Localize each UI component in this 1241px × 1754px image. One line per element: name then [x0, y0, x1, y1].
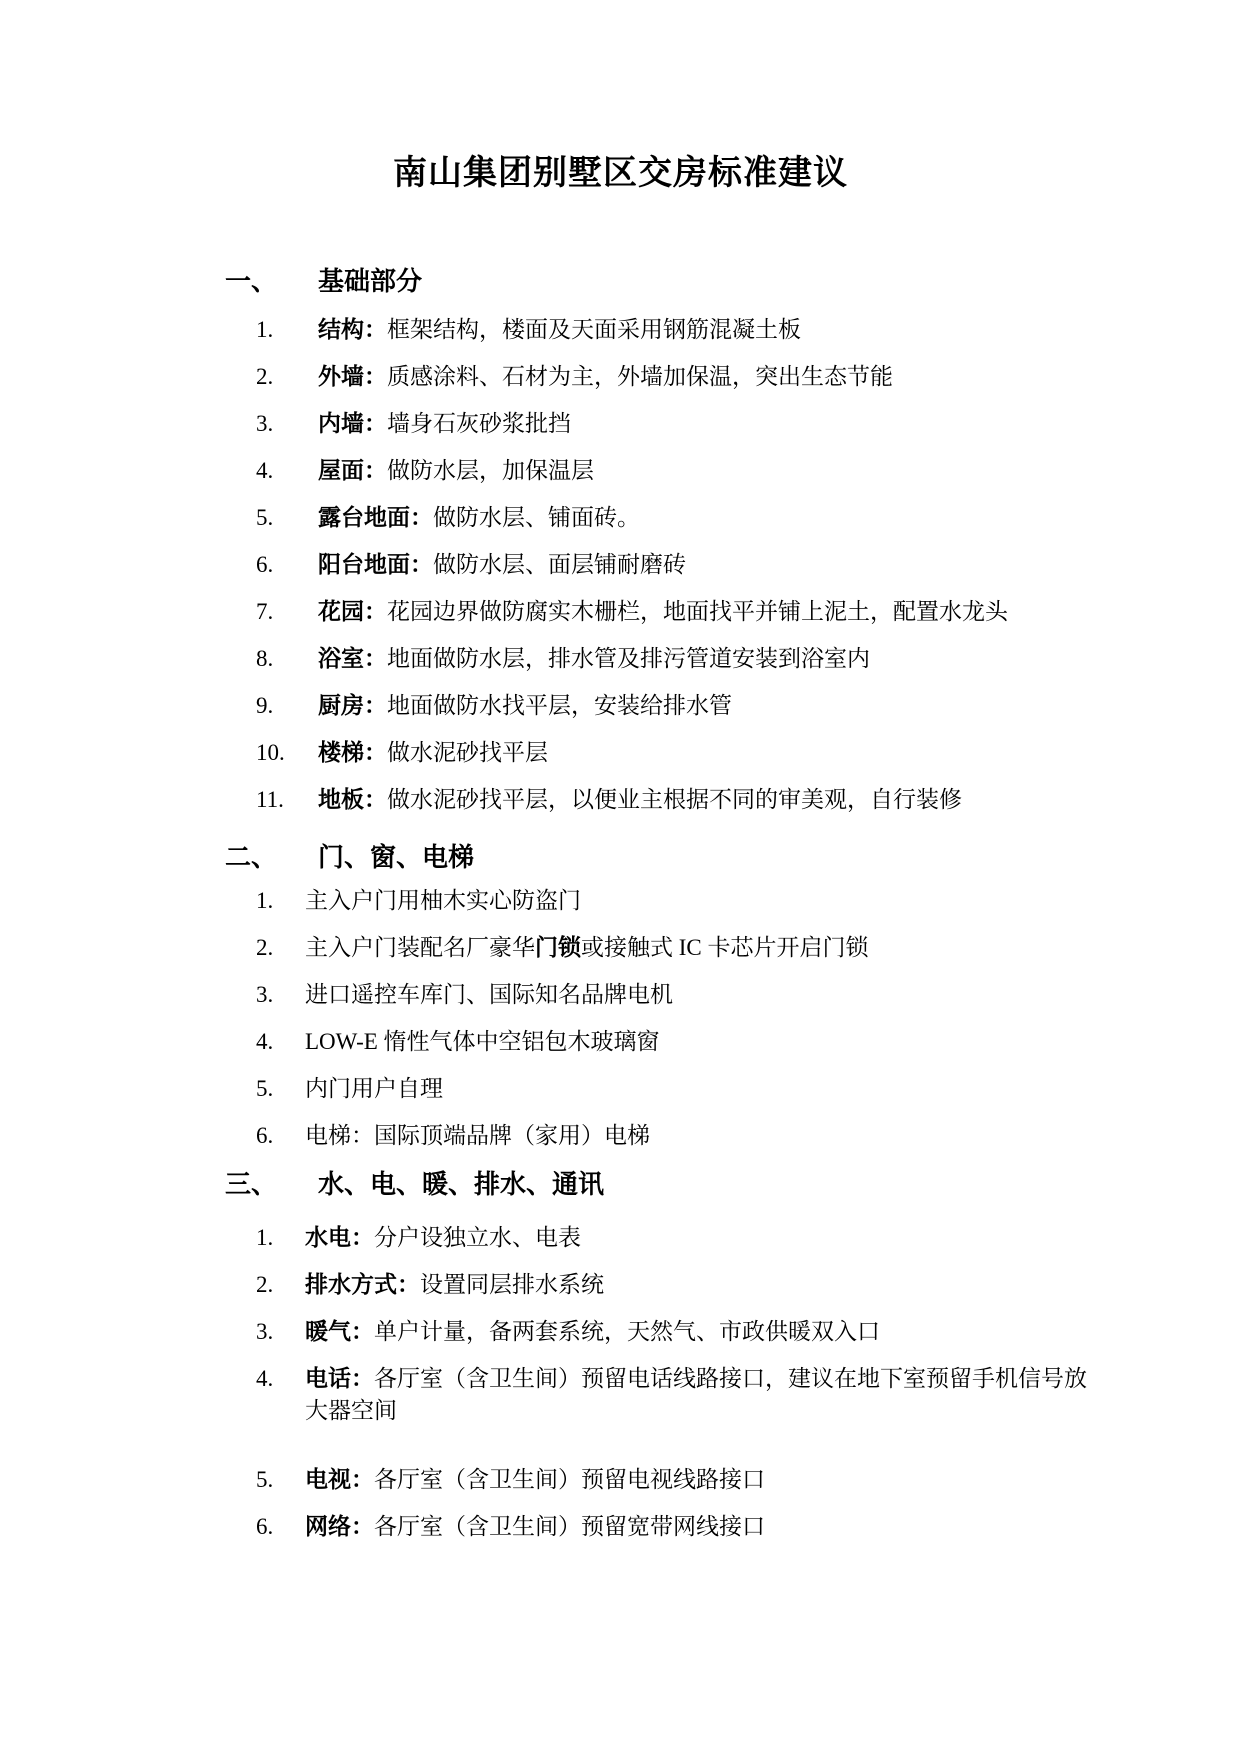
- item-text: 内门用户自理: [305, 1073, 443, 1105]
- item-label: 阳台地面：: [318, 552, 433, 577]
- item-text: 结构：框架结构，楼面及天面采用钢筋混凝土板: [318, 314, 801, 346]
- item-label: 地板：: [318, 787, 387, 812]
- item-text: 露台地面：做防水层、铺面砖。: [318, 502, 640, 534]
- item-number: 7.: [256, 596, 318, 628]
- item-body: 做水泥砂找平层，以便业主根据不同的审美观，自行装修: [387, 787, 962, 812]
- item-text: 浴室：地面做防水层，排水管及排污管道安装到浴室内: [318, 643, 870, 675]
- item-body: 质感涂料、石材为主，外墙加保温，突出生态节能: [387, 364, 893, 389]
- item-body: 设置同层排水系统: [420, 1272, 604, 1297]
- list-item: 6. 网络：各厅室（含卫生间）预留宽带网线接口: [256, 1511, 1241, 1543]
- item-label: 暖气：: [305, 1319, 374, 1344]
- item-number: 1.: [256, 885, 305, 917]
- item-label: 水电：: [305, 1225, 374, 1250]
- item-text: LOW-E 惰性气体中空铝包木玻璃窗: [305, 1026, 660, 1058]
- item-body: 做水泥砂找平层: [387, 740, 548, 765]
- list-item: 3. 暖气：单户计量，备两套系统，天然气、市政供暖双入口: [256, 1316, 1241, 1348]
- item-number: 6.: [256, 549, 318, 581]
- item-number: 2.: [256, 361, 318, 393]
- item-text: 电话：各厅室（含卫生间）预留电话线路接口，建议在地下室预留手机信号放大器空间: [305, 1363, 1095, 1427]
- item-number: 9.: [256, 690, 318, 722]
- section-number: 二、: [225, 842, 318, 874]
- section-title: 基础部分: [318, 266, 422, 298]
- item-number: 3.: [256, 979, 305, 1011]
- item-body: 做防水层、面层铺耐磨砖: [433, 552, 686, 577]
- list-item: 10. 楼梯：做水泥砂找平层: [256, 737, 1241, 769]
- item-text: 屋面：做防水层，加保温层: [318, 455, 594, 487]
- item-text: 花园：花园边界做防腐实木栅栏，地面找平并铺上泥土，配置水龙头: [318, 596, 1008, 628]
- item-label: 内墙：: [318, 411, 387, 436]
- section-title: 水、电、暖、排水、通讯: [318, 1169, 604, 1201]
- item-text: 内墙：墙身石灰砂浆批挡: [318, 408, 571, 440]
- item-text: 水电：分户设独立水、电表: [305, 1222, 581, 1254]
- item-text: 进口遥控车库门、国际知名品牌电机: [305, 979, 673, 1011]
- item-number: 4.: [256, 1363, 305, 1427]
- item-number: 5.: [256, 1073, 305, 1105]
- list-item: 8. 浴室：地面做防水层，排水管及排污管道安装到浴室内: [256, 643, 1241, 675]
- item-text: 排水方式：设置同层排水系统: [305, 1269, 604, 1301]
- item-text: 地板：做水泥砂找平层，以便业主根据不同的审美观，自行装修: [318, 784, 962, 816]
- list-item: 2. 主入户门装配名厂豪华门锁或接触式 IC 卡芯片开启门锁: [256, 932, 1241, 964]
- item-body: 花园边界做防腐实木栅栏，地面找平并铺上泥土，配置水龙头: [387, 599, 1008, 624]
- item-number: 5.: [256, 1464, 305, 1496]
- item-body: 单户计量，备两套系统，天然气、市政供暖双入口: [374, 1319, 880, 1344]
- item-number: 3.: [256, 408, 318, 440]
- item-body: 做防水层，加保温层: [387, 458, 594, 483]
- item-number: 4.: [256, 1026, 305, 1058]
- item-body: 地面做防水层，排水管及排污管道安装到浴室内: [387, 646, 870, 671]
- item-text: 厨房：地面做防水找平层，安装给排水管: [318, 690, 732, 722]
- section-utilities: 三、 水、电、暖、排水、通讯 1. 水电：分户设独立水、电表 2. 排水方式：设…: [0, 1169, 1241, 1543]
- list-item: 1. 主入户门用柚木实心防盗门: [256, 885, 1241, 917]
- item-text: 主入户门用柚木实心防盗门: [305, 885, 581, 917]
- item-bold-word: 门锁: [535, 935, 581, 960]
- list-item: 6. 电梯：国际顶端品牌（家用）电梯: [256, 1120, 1241, 1152]
- document-title: 南山集团别墅区交房标准建议: [0, 0, 1241, 196]
- item-text: 阳台地面：做防水层、面层铺耐磨砖: [318, 549, 686, 581]
- item-body: 主入户门装配名厂豪华: [305, 935, 535, 960]
- list-item: 1. 结构：框架结构，楼面及天面采用钢筋混凝土板: [256, 314, 1241, 346]
- list-item: 11. 地板：做水泥砂找平层，以便业主根据不同的审美观，自行装修: [256, 784, 1241, 816]
- document-page: 南山集团别墅区交房标准建议 一、 基础部分 1. 结构：框架结构，楼面及天面采用…: [0, 0, 1241, 1754]
- item-text: 电视：各厅室（含卫生间）预留电视线路接口: [305, 1464, 765, 1496]
- item-number: 10.: [256, 737, 318, 769]
- item-body: 各厅室（含卫生间）预留电视线路接口: [374, 1467, 765, 1492]
- item-text: 主入户门装配名厂豪华门锁或接触式 IC 卡芯片开启门锁: [305, 932, 869, 964]
- list-item: 4. 电话：各厅室（含卫生间）预留电话线路接口，建议在地下室预留手机信号放大器空…: [256, 1363, 1241, 1427]
- section-heading-utilities: 三、 水、电、暖、排水、通讯: [225, 1169, 1241, 1201]
- list-item: 1. 水电：分户设独立水、电表: [256, 1222, 1241, 1254]
- item-number: 1.: [256, 1222, 305, 1254]
- item-body: 各厅室（含卫生间）预留宽带网线接口: [374, 1514, 765, 1539]
- item-number: 5.: [256, 502, 318, 534]
- item-label: 露台地面：: [318, 505, 433, 530]
- item-number: 4.: [256, 455, 318, 487]
- item-label: 排水方式：: [305, 1272, 420, 1297]
- list-item: 5. 内门用户自理: [256, 1073, 1241, 1105]
- section-basic: 一、 基础部分 1. 结构：框架结构，楼面及天面采用钢筋混凝土板 2. 外墙：质…: [0, 266, 1241, 816]
- item-body: 地面做防水找平层，安装给排水管: [387, 693, 732, 718]
- list-item: 5. 电视：各厅室（含卫生间）预留电视线路接口: [256, 1464, 1241, 1496]
- item-body: 做防水层、铺面砖。: [433, 505, 640, 530]
- list-item: 5. 露台地面：做防水层、铺面砖。: [256, 502, 1241, 534]
- item-number: 1.: [256, 314, 318, 346]
- item-text: 暖气：单户计量，备两套系统，天然气、市政供暖双入口: [305, 1316, 880, 1348]
- item-label: 电视：: [305, 1467, 374, 1492]
- list-item: 3. 进口遥控车库门、国际知名品牌电机: [256, 979, 1241, 1011]
- item-label: 屋面：: [318, 458, 387, 483]
- list-item: 4. LOW-E 惰性气体中空铝包木玻璃窗: [256, 1026, 1241, 1058]
- item-label: 厨房：: [318, 693, 387, 718]
- item-text: 楼梯：做水泥砂找平层: [318, 737, 548, 769]
- item-text: 网络：各厅室（含卫生间）预留宽带网线接口: [305, 1511, 765, 1543]
- section-number: 一、: [225, 266, 318, 298]
- item-label: 网络：: [305, 1514, 374, 1539]
- section-doors-windows-elevator: 二、 门、窗、电梯 1. 主入户门用柚木实心防盗门 2. 主入户门装配名厂豪华门…: [0, 842, 1241, 1152]
- item-text: 电梯：国际顶端品牌（家用）电梯: [305, 1120, 650, 1152]
- item-body: 框架结构，楼面及天面采用钢筋混凝土板: [387, 317, 801, 342]
- item-label: 楼梯：: [318, 740, 387, 765]
- item-body: 墙身石灰砂浆批挡: [387, 411, 571, 436]
- item-body: 或接触式 IC 卡芯片开启门锁: [581, 935, 869, 960]
- item-number: 3.: [256, 1316, 305, 1348]
- item-label: 电话：: [305, 1366, 374, 1391]
- item-label: 浴室：: [318, 646, 387, 671]
- item-body: 分户设独立水、电表: [374, 1225, 581, 1250]
- item-number: 2.: [256, 1269, 305, 1301]
- item-label: 花园：: [318, 599, 387, 624]
- section-number: 三、: [225, 1169, 318, 1201]
- section-heading-basic: 一、 基础部分: [225, 266, 1241, 298]
- list-item: 6. 阳台地面：做防水层、面层铺耐磨砖: [256, 549, 1241, 581]
- list-item: 4. 屋面：做防水层，加保温层: [256, 455, 1241, 487]
- list-item: 9. 厨房：地面做防水找平层，安装给排水管: [256, 690, 1241, 722]
- item-label: 外墙：: [318, 364, 387, 389]
- item-number: 8.: [256, 643, 318, 675]
- section-title: 门、窗、电梯: [318, 842, 474, 874]
- list-item: 3. 内墙：墙身石灰砂浆批挡: [256, 408, 1241, 440]
- item-body: 各厅室（含卫生间）预留电话线路接口，建议在地下室预留手机信号放大器空间: [305, 1366, 1087, 1423]
- item-number: 6.: [256, 1511, 305, 1543]
- item-text: 外墙：质感涂料、石材为主，外墙加保温，突出生态节能: [318, 361, 893, 393]
- item-label: 结构：: [318, 317, 387, 342]
- list-item: 2. 外墙：质感涂料、石材为主，外墙加保温，突出生态节能: [256, 361, 1241, 393]
- item-number: 11.: [256, 784, 318, 816]
- list-item: 7. 花园：花园边界做防腐实木栅栏，地面找平并铺上泥土，配置水龙头: [256, 596, 1241, 628]
- section-heading-doors: 二、 门、窗、电梯: [225, 842, 1241, 874]
- list-item: 2. 排水方式：设置同层排水系统: [256, 1269, 1241, 1301]
- item-number: 2.: [256, 932, 305, 964]
- item-number: 6.: [256, 1120, 305, 1152]
